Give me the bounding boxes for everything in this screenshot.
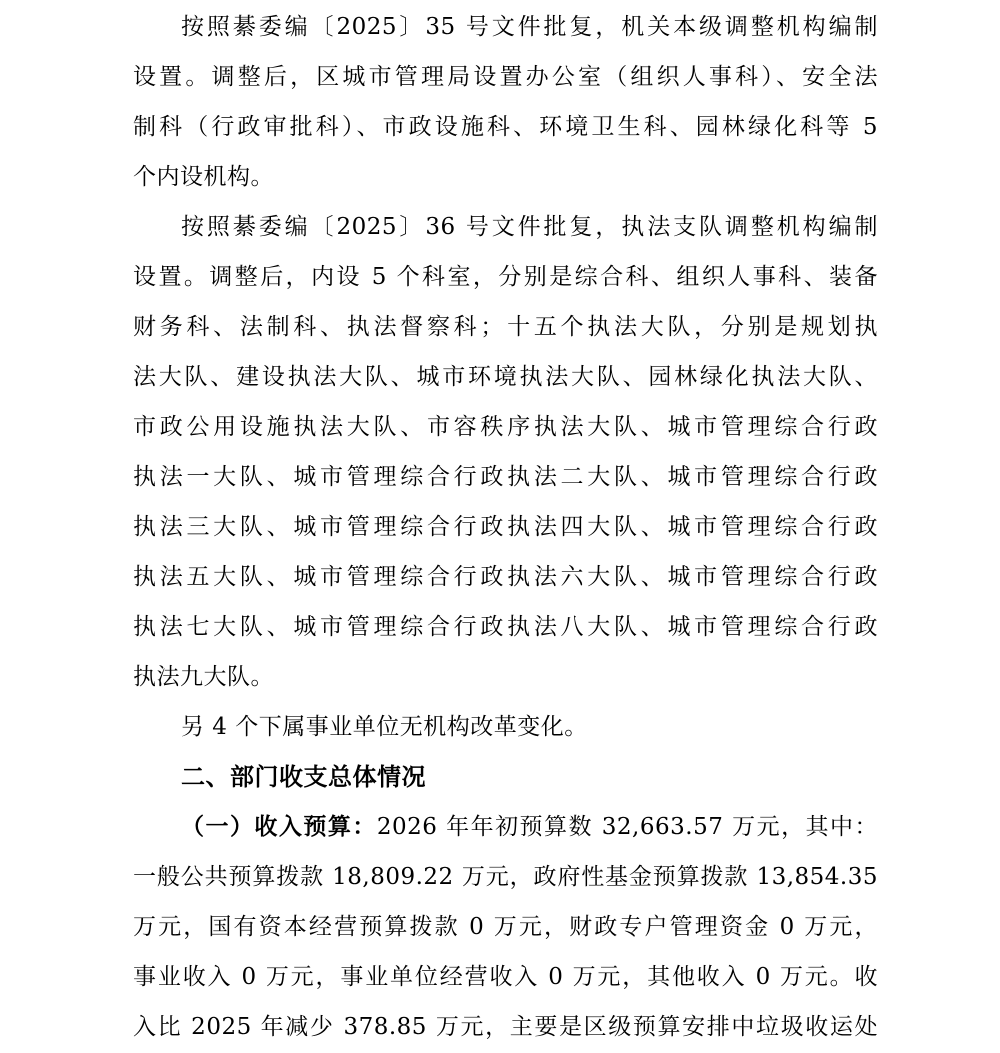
text-line: 法大队、建设执法大队、城市环境执法大队、园林绿化执法大队、	[133, 352, 878, 402]
text-segment: 按照綦委编〔2025〕35 号文件批复，机关本级调整机构编制	[181, 14, 878, 40]
text-line: 制科（行政审批科）、市政设施科、环境卫生科、园林绿化科等 5	[133, 102, 878, 152]
text-segment: 执法三大队、城市管理综合行政执法四大队、城市管理综合行政	[133, 514, 878, 540]
text-segment: 执法一大队、城市管理综合行政执法二大队、城市管理综合行政	[133, 464, 878, 490]
text-line: 市政公用设施执法大队、市容秩序执法大队、城市管理综合行政	[133, 402, 878, 452]
paragraph: 按照綦委编〔2025〕36 号文件批复，执法支队调整机构编制设置。调整后，内设 …	[133, 202, 878, 702]
text-segment: 制科（行政审批科）、市政设施科、环境卫生科、园林绿化科等 5	[133, 114, 878, 140]
text-segment: 设置。调整后，区城市管理局设置办公室（组织人事科）、安全法	[133, 64, 878, 90]
text-segment: 按照綦委编〔2025〕36 号文件批复，执法支队调整机构编制	[181, 214, 878, 240]
text-line: 执法一大队、城市管理综合行政执法二大队、城市管理综合行政	[133, 452, 878, 502]
paragraph: 另 4 个下属事业单位无机构改革变化。	[133, 702, 878, 752]
section-heading: 二、部门收支总体情况	[133, 752, 878, 802]
text-line: 入比 2025 年减少 378.85 万元，主要是区级预算安排中垃圾收运处	[133, 1002, 878, 1052]
text-segment: 事业收入 0 万元，事业单位经营收入 0 万元，其他收入 0 万元。收	[133, 964, 878, 990]
text-segment: 二、部门收支总体情况	[181, 763, 426, 791]
text-line: 一般公共预算拨款 18,809.22 万元，政府性基金预算拨款 13,854.3…	[133, 852, 878, 902]
text-segment: 一般公共预算拨款 18,809.22 万元，政府性基金预算拨款 13,854.3…	[133, 864, 878, 890]
text-line: 执法三大队、城市管理综合行政执法四大队、城市管理综合行政	[133, 502, 878, 552]
text-segment: 法大队、建设执法大队、城市环境执法大队、园林绿化执法大队、	[133, 364, 878, 390]
text-line: （一）收入预算：2026 年年初预算数 32,663.57 万元，其中：	[133, 802, 878, 852]
text-line: 财务科、法制科、执法督察科；十五个执法大队，分别是规划执	[133, 302, 878, 352]
text-line: 设置。调整后，内设 5 个科室，分别是综合科、组织人事科、装备	[133, 252, 878, 302]
document-content: 按照綦委编〔2025〕35 号文件批复，机关本级调整机构编制设置。调整后，区城市…	[133, 2, 878, 1052]
text-line: 二、部门收支总体情况	[133, 752, 878, 802]
text-line: 事业收入 0 万元，事业单位经营收入 0 万元，其他收入 0 万元。收	[133, 952, 878, 1002]
text-segment: （一）收入预算：	[181, 813, 377, 840]
text-line: 执法五大队、城市管理综合行政执法六大队、城市管理综合行政	[133, 552, 878, 602]
text-segment: 2026 年年初预算数 32,663.57 万元，其中：	[377, 814, 878, 840]
document-page: 按照綦委编〔2025〕35 号文件批复，机关本级调整机构编制设置。调整后，区城市…	[0, 0, 1000, 1053]
text-segment: 另 4 个下属事业单位无机构改革变化。	[181, 714, 588, 740]
text-segment: 市政公用设施执法大队、市容秩序执法大队、城市管理综合行政	[133, 414, 878, 440]
paragraph: 按照綦委编〔2025〕35 号文件批复，机关本级调整机构编制设置。调整后，区城市…	[133, 2, 878, 202]
text-segment: 执法五大队、城市管理综合行政执法六大队、城市管理综合行政	[133, 564, 878, 590]
text-segment: 执法七大队、城市管理综合行政执法八大队、城市管理综合行政	[133, 614, 878, 640]
text-line: 个内设机构。	[133, 152, 878, 202]
text-segment: 执法九大队。	[133, 664, 274, 690]
text-segment: 入比 2025 年减少 378.85 万元，主要是区级预算安排中垃圾收运处	[133, 1014, 878, 1040]
text-segment: 设置。调整后，内设 5 个科室，分别是综合科、组织人事科、装备	[133, 264, 878, 290]
text-line: 按照綦委编〔2025〕36 号文件批复，执法支队调整机构编制	[133, 202, 878, 252]
text-line: 设置。调整后，区城市管理局设置办公室（组织人事科）、安全法	[133, 52, 878, 102]
text-line: 执法七大队、城市管理综合行政执法八大队、城市管理综合行政	[133, 602, 878, 652]
paragraph: （一）收入预算：2026 年年初预算数 32,663.57 万元，其中：一般公共…	[133, 802, 878, 1052]
text-line: 按照綦委编〔2025〕35 号文件批复，机关本级调整机构编制	[133, 2, 878, 52]
text-segment: 财务科、法制科、执法督察科；十五个执法大队，分别是规划执	[133, 314, 878, 340]
text-line: 另 4 个下属事业单位无机构改革变化。	[133, 702, 878, 752]
text-segment: 万元，国有资本经营预算拨款 0 万元，财政专户管理资金 0 万元，	[133, 914, 878, 940]
text-line: 万元，国有资本经营预算拨款 0 万元，财政专户管理资金 0 万元，	[133, 902, 878, 952]
text-segment: 个内设机构。	[133, 164, 274, 190]
text-line: 执法九大队。	[133, 652, 878, 702]
